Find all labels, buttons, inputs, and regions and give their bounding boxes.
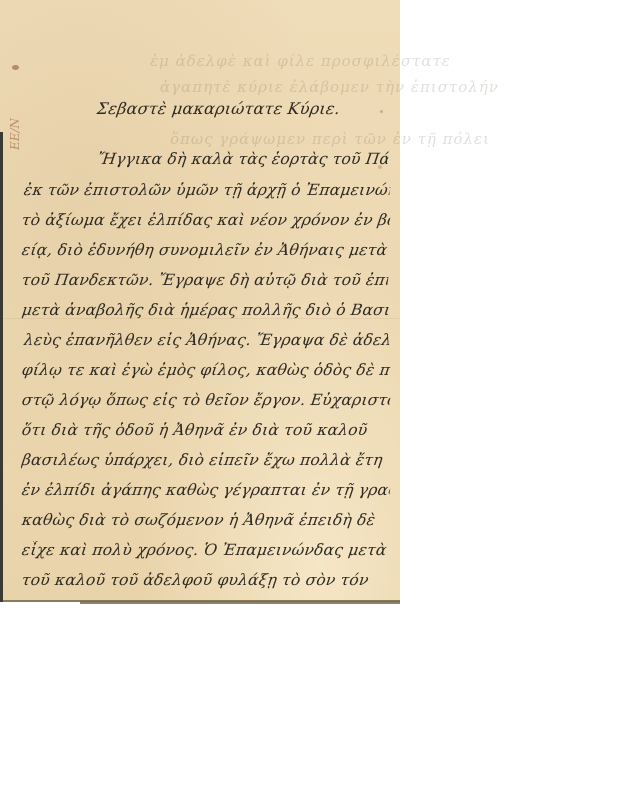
letter-line: φίλῳ τε καὶ ἐγὼ ἐμὸς φίλος, καθὼς ὁδὸς δ… <box>21 361 392 379</box>
letter-line: ἐκ τῶν ἐπιστολῶν ὑμῶν τῇ ἀρχῇ ὁ Ἐπαμεινώ… <box>23 181 392 199</box>
letter-page: ἐμ ἀδελφὲ καὶ φίλε προσφιλέστατε ἀγαπητὲ… <box>0 0 400 602</box>
letter-line: τὸ ἀξίωμα ἔχει ἐλπίδας καὶ νέον χρόνον ἐ… <box>21 211 392 229</box>
ink-stain <box>380 110 383 113</box>
letter-line: καθὼς διὰ τὸ σωζόμενον ἡ Ἀθηνᾶ ἐπειδὴ δὲ <box>21 511 392 529</box>
bleed-through-line: ἀγαπητὲ κύριε ἐλάβομεν τὴν ἐπιστολήν <box>160 78 499 96</box>
letter-line: είᾳ, διὸ ἐδυνήθη συνομιλεῖν ἐν Ἀθήναις μ… <box>21 241 392 259</box>
bleed-through-line: ἐμ ἀδελφὲ καὶ φίλε προσφιλέστατε <box>150 52 451 70</box>
ink-stain <box>12 65 19 70</box>
scan-edge-shadow <box>0 132 3 602</box>
letter-line: τοῦ Πανδεκτῶν. Ἔγραψε δὴ αὐτῷ διὰ τοῦ ἐπ… <box>21 271 390 289</box>
letter-line: στῷ λόγῳ ὅπως εἰς τὸ θεῖον ἔργον. Εὐχαρι… <box>21 391 392 409</box>
letter-line: μετὰ ἀναβολῆς διὰ ἡμέρας πολλῆς διὸ ὁ Βα… <box>21 301 392 319</box>
letter-salutation: Σεβαστὲ μακαριώτατε Κύριε. <box>96 99 342 118</box>
letter-line: Ἤγγικα δὴ καλὰ τὰς ἑορτὰς τοῦ Πάσχα, ἐπε… <box>97 150 390 168</box>
letter-line: τοῦ καλοῦ τοῦ ἀδελφοῦ φυλάξῃ τὸ σὸν τόν <box>21 571 390 589</box>
letter-line: λεὺς ἐπανῆλθεν εἰς Ἀθήνας. Ἔγραψα δὲ ἀδε… <box>23 331 392 349</box>
letter-line: ὅτι διὰ τῆς ὁδοῦ ἡ Ἀθηνᾶ ἐν διὰ τοῦ καλο… <box>21 421 392 439</box>
bleed-through-line: ὅπως γράψωμεν περὶ τῶν ἐν τῇ πόλει <box>170 130 490 148</box>
letter-line: εἶχε καὶ πολὺ χρόνος. Ὁ Ἐπαμεινώνδας μετ… <box>21 541 392 559</box>
scan-bottom-shadow <box>80 601 400 604</box>
margin-annotation: ΕΕ/Ν <box>8 118 22 150</box>
letter-line: ἐν ἐλπίδι ἀγάπης καθὼς γέγραπται ἐν τῇ γ… <box>21 481 392 499</box>
letter-line: βασιλέως ὑπάρχει, διὸ εἰπεῖν ἔχω πολλὰ ἔ… <box>21 451 392 469</box>
